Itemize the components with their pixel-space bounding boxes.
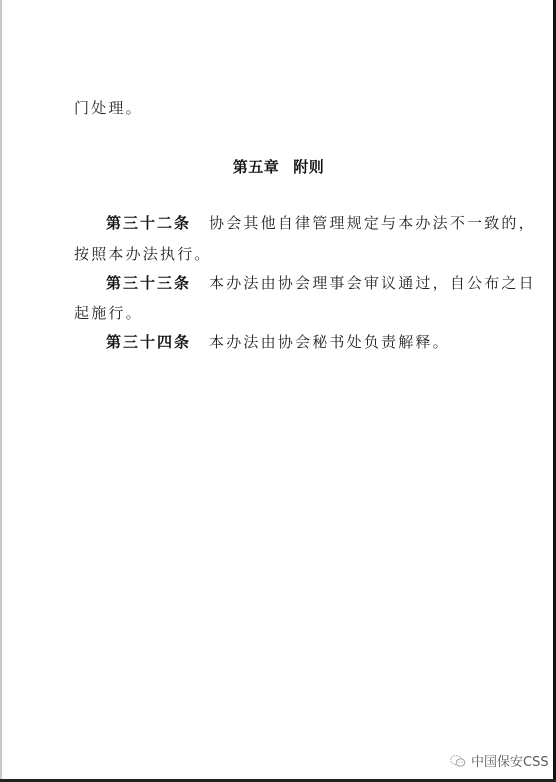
chapter-number: 第五章 <box>233 158 280 176</box>
article-32: 第三十二条协会其他自律管理规定与本办法不一致的， <box>106 212 536 233</box>
article-33: 第三十三条本办法由协会理事会审议通过，自公布之日 <box>106 272 536 293</box>
article-number: 第三十四条 <box>106 333 191 351</box>
document-page: 门处理。 第五章附则 第三十二条协会其他自律管理规定与本办法不一致的， 按照本办… <box>0 0 553 779</box>
article-text: 协会其他自律管理规定与本办法不一致的， <box>209 214 536 232</box>
article-34: 第三十四条本办法由协会秘书处负责解释。 <box>106 331 450 352</box>
wechat-icon <box>450 754 466 768</box>
chapter-title: 附则 <box>293 158 324 176</box>
watermark: 中国保安CSS <box>450 751 549 770</box>
article-number: 第三十三条 <box>106 274 191 292</box>
article-number: 第三十二条 <box>106 214 191 232</box>
article-32-cont: 按照本办法执行。 <box>74 243 212 264</box>
chapter-heading: 第五章附则 <box>2 156 555 177</box>
article-text: 本办法由协会理事会审议通过，自公布之日 <box>209 274 536 292</box>
article-33-cont: 起施行。 <box>74 302 143 323</box>
continuation-text: 门处理。 <box>74 97 143 118</box>
article-text: 本办法由协会秘书处负责解释。 <box>209 333 450 351</box>
watermark-text: 中国保安CSS <box>471 751 549 770</box>
